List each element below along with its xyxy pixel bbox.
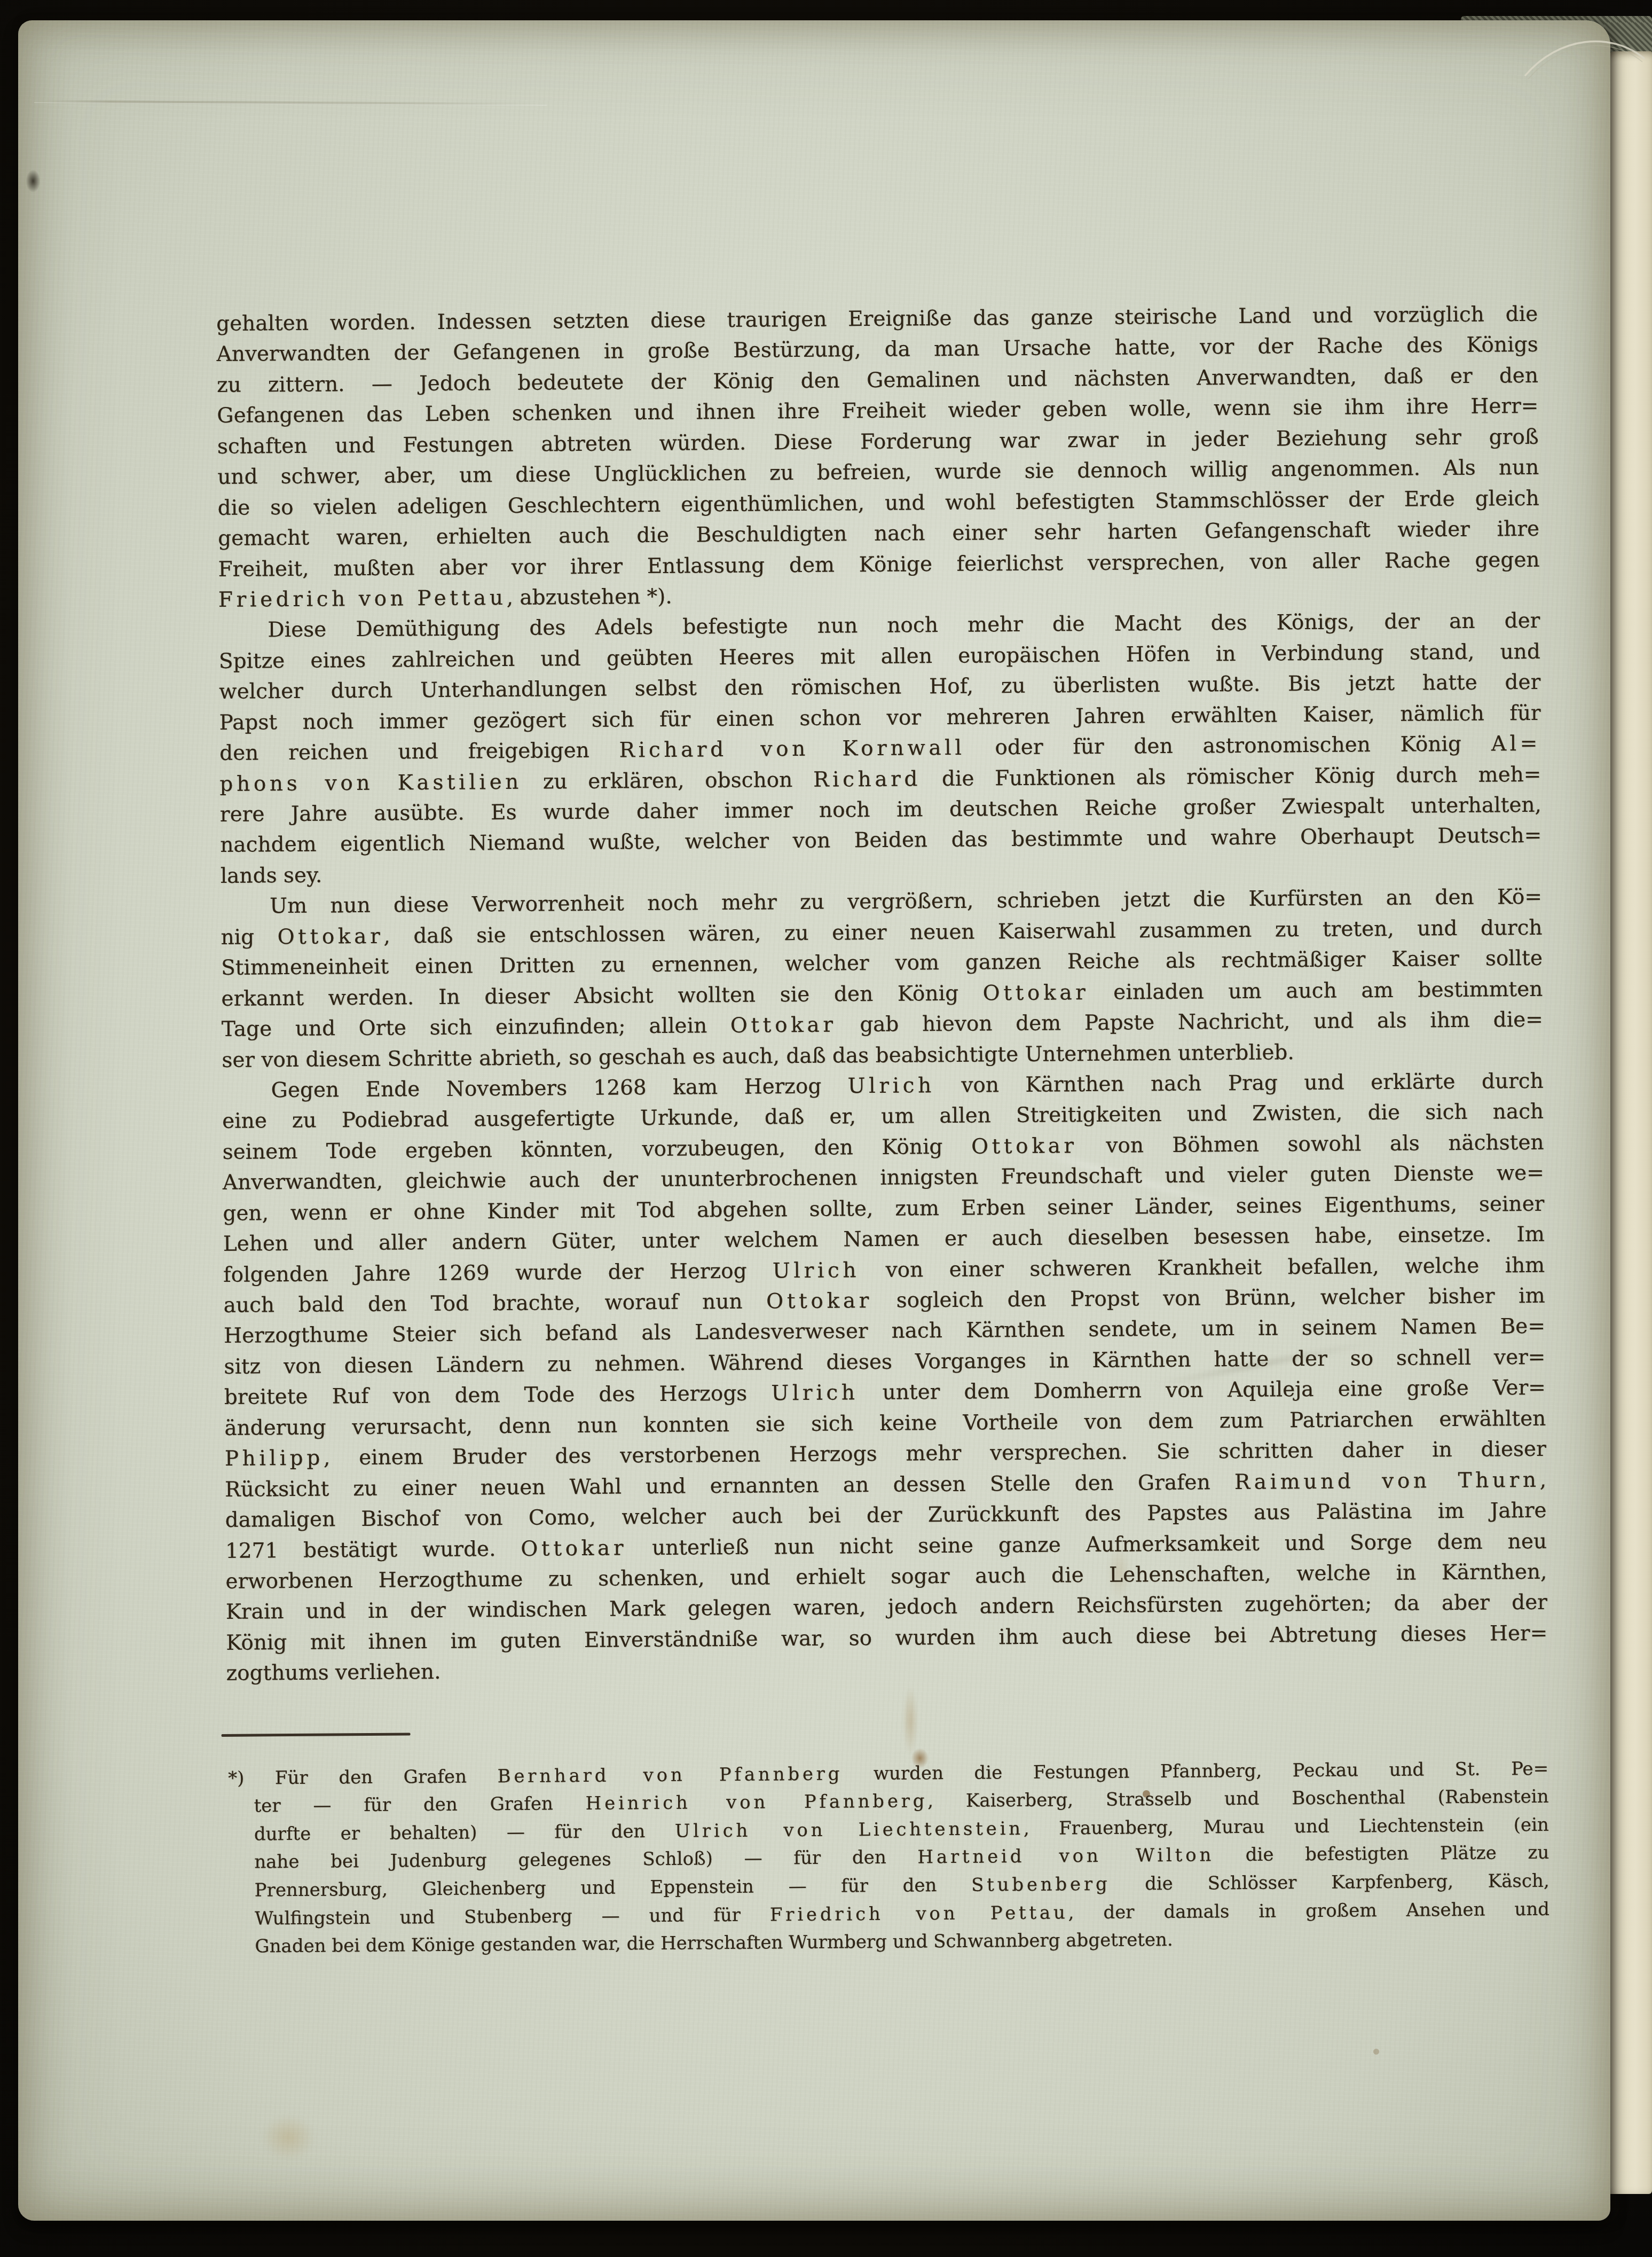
spaced-name: Raimund von Thurn: [1234, 1468, 1540, 1494]
spaced-name: Al=: [1491, 732, 1541, 756]
spaced-name: Ottokar: [971, 1134, 1077, 1158]
paper-stain: [255, 2110, 321, 2165]
spaced-name: Ulrich von Liechtenstein: [675, 1818, 1024, 1842]
paragraph: Diese Demüthigung des Adels befestigte n…: [218, 606, 1542, 891]
paragraph: gehalten worden. Indessen setzten diese …: [216, 299, 1540, 616]
spaced-name: Ottokar: [766, 1289, 872, 1313]
spaced-name: Richard von Kornwall: [619, 736, 965, 763]
spaced-name: Ulrich: [773, 1258, 860, 1283]
spaced-name: phons von Kastilien: [219, 770, 522, 796]
footnote: *) Für den Grafen Bernhard von Pfannberg…: [254, 1754, 1550, 1961]
underlying-page-edge: [1605, 51, 1652, 2194]
book-page: gehalten worden. Indessen setzten diese …: [18, 20, 1610, 2221]
paragraph: Um nun diese Verworrenheit noch mehr zu …: [221, 882, 1543, 1076]
spaced-name: Richard: [813, 767, 921, 791]
spaced-name: Philipp: [225, 1446, 324, 1471]
loose-thread: [1521, 27, 1649, 101]
body-text: gehalten worden. Indessen setzten diese …: [216, 299, 1548, 1689]
spaced-name: Ottokar: [730, 1013, 837, 1038]
spaced-name: Hartneid von Wilton: [917, 1845, 1214, 1868]
footnote-separator-rule: [222, 1733, 411, 1737]
paragraph: Gegen Ende Novembers 1268 kam Herzog Ulr…: [222, 1066, 1548, 1689]
spaced-name: Ottokar: [521, 1536, 627, 1561]
spaced-name: Ulrich: [771, 1381, 859, 1406]
spaced-name: Ottokar: [278, 924, 384, 949]
scanned-page-screenshot: gehalten worden. Indessen setzten diese …: [0, 0, 1652, 2257]
spaced-name: Ulrich: [848, 1073, 935, 1098]
spaced-name: Ottokar: [983, 981, 1089, 1005]
ink-blot: [25, 168, 42, 194]
spaced-name: Heinrich von Pfannberg: [586, 1791, 928, 1815]
paper-crease: [34, 100, 547, 105]
spaced-name: Stubenberg: [971, 1874, 1111, 1896]
spaced-name: Friedrich von Pettau: [218, 586, 507, 612]
paper-speck: [1373, 2049, 1379, 2055]
spaced-name: Bernhard von Pfannberg: [497, 1763, 843, 1787]
page-text: gehalten worden. Indessen setzten diese …: [216, 299, 1550, 1961]
spaced-name: Friedrich von Pettau: [770, 1902, 1068, 1925]
